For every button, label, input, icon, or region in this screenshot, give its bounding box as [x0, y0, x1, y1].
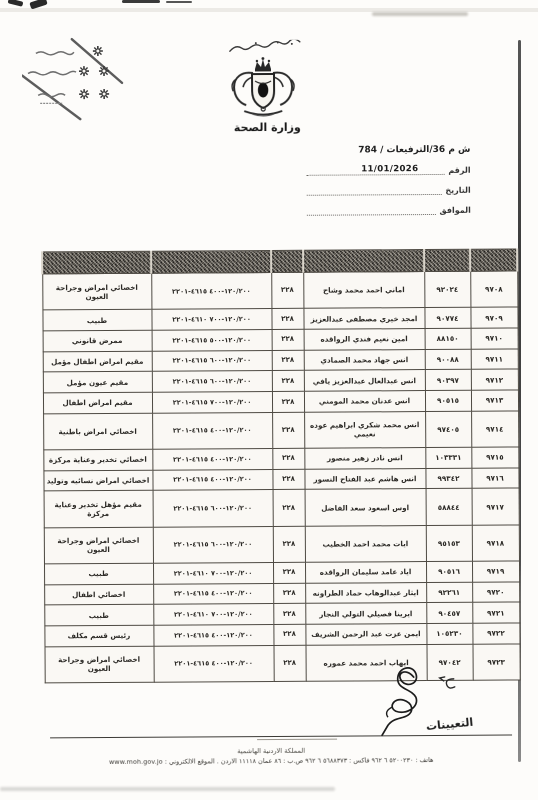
roster-table: ٩٧٠٨ ٩٢٠٢٤ اماني احمد محمد وشاح ٢٢٨ ١٢٠/…	[41, 248, 521, 683]
date-line	[307, 184, 442, 196]
corresponding-line	[307, 204, 436, 216]
table-header-cell-illegible	[424, 249, 470, 271]
roster-table-body: ٩٧٠٨ ٩٢٠٢٤ اماني احمد محمد وشاح ٢٢٨ ١٢٠/…	[42, 271, 519, 683]
cell-job-title: طبيب	[42, 309, 151, 330]
cell-sequence-number: ٩٧٠٩	[470, 307, 517, 328]
cell-job-title: مقيم مؤهل تخدير وعناية مركزة	[44, 491, 153, 528]
document-sheet: وزارة الصحة ش م 36/الترفيعات / 784 الرقم…	[0, 0, 538, 800]
cell-salary-scale: ١٢٠/٢٠٠-٦٠٠ ٤٦١٥-٢٢٠١	[153, 526, 273, 563]
cell-grade: ٢٢٨	[273, 624, 305, 645]
cell-employee-name: ايثار عبدالوهاب حماد الطراونه	[305, 582, 426, 603]
cell-grade: ٢٢٨	[272, 350, 304, 371]
number-value: 11/01/2026	[361, 164, 418, 174]
number-label: الرقم	[448, 166, 470, 175]
cell-grade: ٢٢٨	[272, 391, 304, 412]
cell-job-title: اخصائي امراض وجراحة العيون	[42, 273, 151, 310]
cell-salary-scale: ١٢٠/٢٠٠-٤٠٠ ٤٦١٥-٢٢٠١	[152, 448, 272, 469]
cell-salary-scale: ١٢٠/٢٠٠-٤٠٠ ٤٦١٥-٢٢٠١	[153, 645, 273, 682]
footer-rule-echo	[257, 739, 337, 740]
cell-sequence-number: ٩٧١٥	[471, 447, 518, 468]
date-label: التاريخ	[445, 186, 470, 195]
cell-sequence-number: ٩٧١٢	[471, 369, 518, 390]
table-header-cell-illegible	[470, 249, 517, 271]
cell-job-title: مقيم امراض اطفال مؤمل	[43, 351, 152, 372]
cell-sequence-number: ٩٧١١	[471, 349, 518, 370]
field-corresponding: الموافق	[307, 204, 471, 216]
cell-employee-name: انس نادر زهير منصور	[304, 448, 425, 469]
cell-salary-scale: ١٢٠/٢٠٠-٤٠٠ ٤٦١٥-٢٢٠١	[151, 272, 271, 309]
table-row: ٩٧١٣ ٩٠٥١٥ انس عدنان محمد المومني ٢٢٨ ١٢…	[43, 390, 518, 414]
cell-employee-name: امجد خيري مصطفى عبدالعزيز	[303, 308, 424, 329]
number-line: 11/01/2026	[307, 164, 445, 176]
table-row: ٩٧١٧ ٥٨٨٤٤ اوس اسعود سعد الفاضل ٢٢٨ ١٢٠/…	[44, 488, 519, 527]
cell-grade: ٢٢٨	[272, 448, 304, 469]
cell-salary-scale: ١٢٠/٢٠٠-٧٠٠ ٤٦١٥-٢٢٠١	[152, 392, 272, 413]
cell-employee-number: ٩٠٤٥٧	[426, 603, 472, 624]
cell-employee-number: ٩٩٣٤٢	[425, 468, 471, 489]
cell-grade: ٢٢٨	[272, 412, 304, 448]
cell-sequence-number: ٩٧١٠	[471, 328, 518, 349]
cell-job-title: مقيم امراض اطفال	[43, 392, 152, 413]
cell-sequence-number: ٩٧٢٢	[472, 623, 519, 644]
registry-stamp	[22, 37, 135, 126]
table-row: ٩٧١٩ ٩٠٥١٦ اياد عامد سليمان الرواقده ٢٢٨…	[44, 561, 519, 585]
table-row: ٩٧٢١ ٩٠٤٥٧ ايرينا فصيلي التولي النجار ٢٢…	[44, 602, 519, 626]
cell-employee-number: ١٠٣٣٣١	[425, 447, 471, 468]
cell-salary-scale: ١٢٠/٢٠٠-٤٠٠ ٤٦١٥-٢٢٠١	[152, 469, 272, 490]
cell-job-title: ممرض قانوني	[43, 330, 152, 351]
cell-salary-scale: ١٢٠/٢٠٠-٤٠٠ ٤٦١٥-٢٢٠١	[153, 624, 273, 645]
table-row: ٩٧١٨ ٩٥١٥٣ ايات محمد احمد الخطيب ٢٢٨ ١٢٠…	[44, 525, 519, 564]
cell-job-title: اخصائي امراض وجراحة العيون	[44, 527, 153, 564]
cell-sequence-number: ٩٧١٣	[471, 390, 518, 411]
cell-job-title: اخصائي امراض نسائيه وتوليد	[43, 470, 152, 491]
table-row: ٩٧٢٠ ٩٢٢٦١ ايثار عبدالوهاب حماد الطراونه…	[44, 582, 519, 606]
cell-grade: ٢٢٨	[273, 562, 305, 583]
table-row: ٩٧٠٩ ٩٠٧٧٤ امجد خيري مصطفى عبدالعزيز ٢٢٨…	[42, 307, 517, 331]
cell-sequence-number: ٩٧١٦	[471, 468, 518, 489]
cell-employee-number: ٩٠٣٩٧	[425, 370, 471, 391]
cell-sequence-number: ٩٧١٩	[472, 561, 519, 582]
cell-employee-number: ٥٨٨٤٤	[426, 489, 472, 526]
cell-salary-scale: ١٢٠/٢٠٠-٥٠٠ ٤٦١٥-٢٢٠١	[152, 329, 272, 350]
cell-employee-number: ٩٥١٥٣	[426, 525, 472, 562]
cell-grade: ٢٢٨	[271, 272, 303, 308]
reference-block: ش م 36/الترفيعات / 784 الرقم 11/01/2026 …	[306, 145, 470, 216]
table-row: ٩٧١٥ ١٠٣٣٣١ انس نادر زهير منصور ٢٢٨ ١٢٠/…	[43, 447, 518, 471]
cell-salary-scale: ١٢٠/٢٠٠-٧٠٠ ٤٦١٠-٢٢٠١	[151, 309, 271, 330]
table-row: ٩٧١٦ ٩٩٣٤٢ انس هاشم عبد الفتاح النسور ٢٢…	[43, 468, 518, 492]
cell-sequence-number: ٩٧١٤	[471, 411, 518, 448]
table-row: ٩٧١٠ ٨٨١٥٠ امين نعيم فندي الرواقده ٢٢٨ ١…	[43, 328, 518, 352]
cell-employee-name: انس جهاد محمد الصمادي	[304, 349, 425, 370]
cell-grade: ٢٢٨	[272, 371, 304, 392]
cell-sequence-number: ٩٧٢٠	[472, 582, 519, 603]
cell-employee-number: ٩٠٥١٥	[425, 390, 471, 411]
table-header-cell-illegible	[42, 251, 151, 274]
roster-table-wrapper: ٩٧٠٨ ٩٢٠٢٤ اماني احمد محمد وشاح ٢٢٨ ١٢٠/…	[41, 248, 521, 683]
cell-salary-scale: ١٢٠/٢٠٠-٧٠٠ ٤٦١٠-٢٢٠١	[153, 604, 273, 625]
cell-employee-number: ٩٠٠٨٨	[425, 349, 471, 370]
cell-grade: ٢٢٨	[272, 329, 304, 350]
cell-employee-name: ايمن عزت عبد الرحمن الشريف	[305, 624, 426, 645]
cell-salary-scale: ١٢٠/٢٠٠-٤٠٠ ٤٦١٥-٢٢٠١	[152, 412, 272, 449]
cell-job-title: طبيب	[44, 563, 153, 584]
footer-contact: هاتف : ٥٢٠٠٢٣٠ ٦ ٩٦٢ فاكس : ٥٦٨٨٣٧٣ ٦ ٩٦…	[2, 755, 538, 766]
cell-salary-scale: ١٢٠/٢٠٠-٦٠٠ ٤٦١٥-٢٢٠١	[152, 350, 272, 371]
roster-table-header-row	[42, 249, 517, 274]
cell-grade: ٢٢٨	[273, 526, 305, 562]
table-header-cell-illegible	[271, 250, 303, 272]
cell-job-title: اخصائي امراض وجراحة العيون	[45, 646, 154, 683]
cell-sequence-number: ٩٧١٨	[472, 525, 519, 562]
reference-number: ش م 36/الترفيعات / 784	[306, 145, 470, 156]
cell-employee-name: انس عبدالعال عبدالعزيز يافي	[304, 370, 425, 391]
cell-job-title: مقيم عيون مؤمل	[43, 372, 152, 393]
ministry-name: وزارة الصحة	[208, 121, 326, 135]
cell-sequence-number: ٩٧١٧	[472, 488, 519, 525]
cell-grade: ٢٢٨	[272, 469, 304, 490]
cell-grade: ٢٢٨	[271, 309, 303, 330]
table-row: ٩٧٠٨ ٩٢٠٢٤ اماني احمد محمد وشاح ٢٢٨ ١٢٠/…	[42, 271, 517, 310]
cell-employee-name: اياد عامد سليمان الرواقده	[305, 561, 426, 582]
table-row: ٩٧١٤ ٩٧٤٠٥ انس محمد شكري ابراهيم عوده نع…	[43, 411, 518, 450]
cell-sequence-number: ٩٧٠٨	[470, 271, 517, 308]
cell-employee-name: ايات محمد احمد الخطيب	[305, 525, 426, 562]
cell-job-title: طبيب	[44, 604, 153, 625]
field-date: التاريخ	[307, 184, 471, 196]
cell-salary-scale: ١٢٠/٢٠٠-٤٠٠ ٤٦١٥-٢٢٠١	[153, 583, 273, 604]
cell-grade: ٢٢٨	[273, 490, 305, 526]
cell-job-title: رئيس قسم مكلف	[44, 625, 153, 646]
cell-employee-number: ١٠٥٢٣٠	[426, 623, 472, 644]
cell-salary-scale: ١٢٠/٢٠٠-٦٠٠ ٤٦١٥-٢٢٠١	[153, 490, 273, 527]
cell-employee-name: ايرينا فصيلي التولي النجار	[305, 603, 426, 624]
cell-job-title: اخصائي امراض باطنية	[43, 413, 152, 450]
cell-employee-number: ٩٠٧٧٤	[424, 308, 470, 329]
cell-employee-name: اوس اسعود سعد الفاضل	[305, 489, 426, 526]
cell-employee-name: انس محمد شكري ابراهيم عوده نعيمي	[304, 411, 425, 448]
bismillah-calligraphy-icon	[226, 40, 306, 56]
table-row: ٩٧٢٢ ١٠٥٢٣٠ ايمن عزت عبد الرحمن الشريف ٢…	[44, 623, 519, 647]
cell-grade: ٢٢٨	[273, 645, 305, 682]
cell-employee-name: انس عدنان محمد المومني	[304, 391, 425, 412]
table-row: ٩٧١٢ ٩٠٣٩٧ انس عبدالعال عبدالعزيز يافي ٢…	[43, 369, 518, 393]
cell-grade: ٢٢٨	[273, 604, 305, 625]
cell-job-title: اخصائي تخدير وعناية مركزة	[43, 449, 152, 470]
cell-employee-number: ٩٢٠٢٤	[424, 271, 470, 308]
cell-employee-name: اماني احمد محمد وشاح	[303, 272, 424, 309]
cell-sequence-number: ٩٧٢٣	[472, 644, 519, 681]
cell-job-title: اخصائي اطفال	[44, 584, 153, 605]
table-header-cell-illegible	[303, 250, 424, 273]
cell-salary-scale: ١٢٠/٢٠٠-٧٠٠ ٤٦١٠-٢٢٠١	[153, 562, 273, 583]
cell-employee-number: ٨٨١٥٠	[425, 328, 471, 349]
table-row: ٩٧١١ ٩٠٠٨٨ انس جهاد محمد الصمادي ٢٢٨ ١٢٠…	[43, 349, 518, 373]
cell-employee-number: ٩٧٤٠٥	[425, 411, 471, 448]
cell-employee-number: ٩٢٢٦١	[426, 582, 472, 603]
table-header-cell-illegible	[151, 250, 271, 273]
corresponding-label: الموافق	[439, 206, 470, 215]
cell-sequence-number: ٩٧٢١	[472, 602, 519, 623]
cell-employee-name: انس هاشم عبد الفتاح النسور	[304, 468, 425, 489]
cell-employee-name: امين نعيم فندي الرواقده	[304, 328, 425, 349]
royal-crest	[222, 57, 304, 121]
cell-grade: ٢٢٨	[273, 583, 305, 604]
field-number: الرقم 11/01/2026	[307, 164, 471, 176]
cell-salary-scale: ١٢٠/٢٠٠-٦٠٠ ٤٦١٥-٢٢٠١	[152, 371, 272, 392]
cell-employee-number: ٩٠٥١٦	[426, 561, 472, 582]
